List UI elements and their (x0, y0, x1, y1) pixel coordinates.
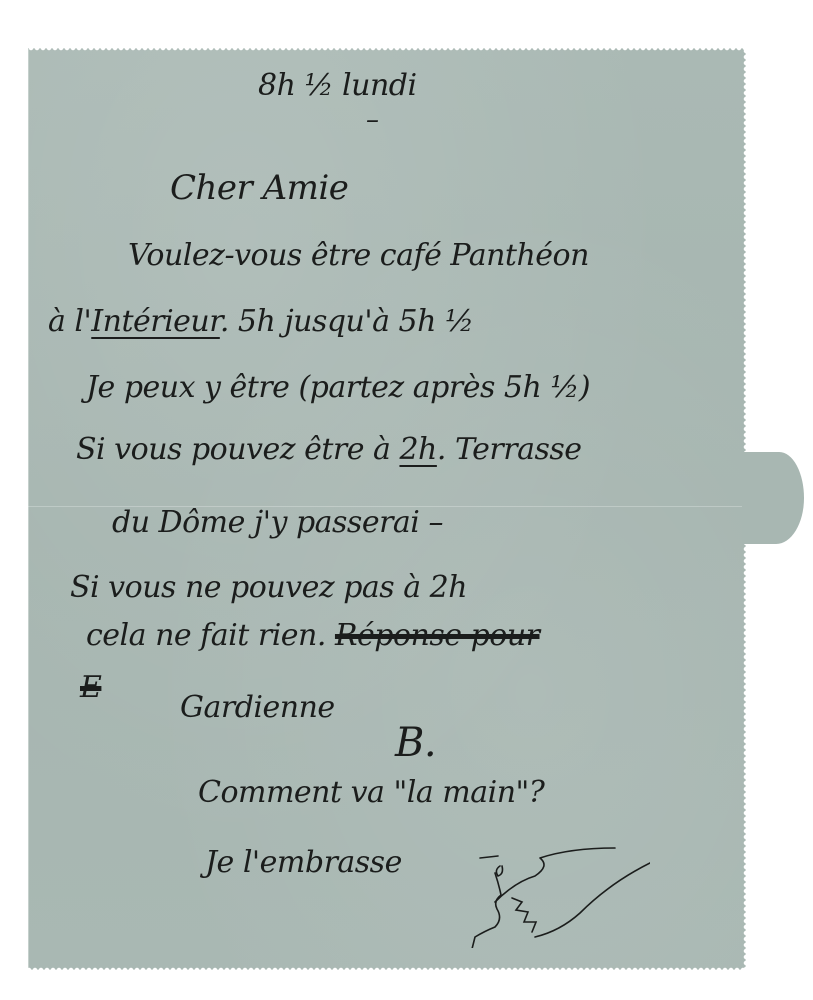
text-line-3: Je peux y être (partez après 5h ½) (86, 370, 590, 405)
text-line-1: Voulez-vous être café Panthéon (128, 238, 589, 273)
date-line: 8h ½ lundi (258, 68, 417, 103)
text-line-6: Si vous ne pouvez pas à 2h (70, 570, 467, 605)
text-line-2: à l'Intérieur. 5h jusqu'à 5h ½ (48, 304, 474, 339)
text-line-7: cela ne fait rien. Réponse pour (86, 618, 540, 653)
hand-sketch-icon (470, 838, 650, 948)
dash: – (366, 105, 379, 135)
folding-tab (742, 452, 804, 544)
underlined-word-interieur: Intérieur (91, 304, 220, 339)
text-line-2-c: . 5h jusqu'à 5h ½ (220, 304, 474, 339)
closing: Gardienne (180, 690, 335, 725)
text-line-4-c: . Terrasse (437, 432, 582, 467)
struck-out-letter: E (80, 670, 101, 705)
perforated-edge-top (28, 48, 746, 52)
struck-out-text: Réponse pour (335, 618, 540, 653)
postscript-line-1: Comment va "la main"? (198, 775, 544, 810)
salutation: Cher Amie (170, 168, 348, 208)
signature-initial: B. (395, 720, 436, 766)
text-line-7-a: cela ne fait rien. (86, 618, 335, 653)
postscript-line-2: Je l'embrasse (205, 845, 402, 880)
perforated-edge-bottom (28, 966, 746, 970)
text-line-5: du Dôme j'y passerai – (112, 505, 443, 540)
text-line-4: Si vous pouvez être à 2h. Terrasse (76, 432, 582, 467)
text-line-4-a: Si vous pouvez être à (76, 432, 399, 467)
underlined-time: 2h (399, 432, 436, 467)
text-line-2-a: à l' (48, 304, 91, 339)
